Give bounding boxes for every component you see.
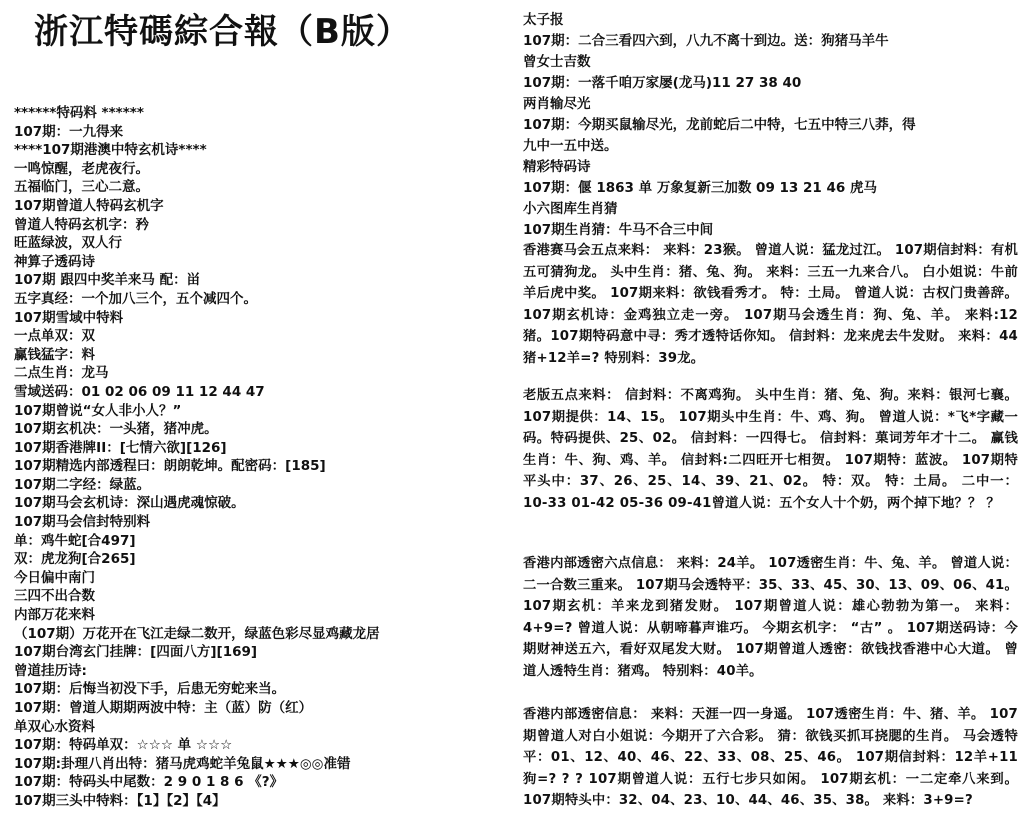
text-line: 107期玄机决：一头猪，猪冲虎。 bbox=[14, 420, 504, 439]
text-line: ****107期港澳中特玄机诗**** bbox=[14, 141, 504, 160]
text-line: 107期：特码单双：☆☆☆ 单 ☆☆☆ bbox=[14, 736, 504, 755]
paragraph-text: 老版五点来料： 信封料：不离鸡狗。 头中生肖：猪、兔、狗。来料：银河七襄。107… bbox=[523, 385, 1018, 514]
text-line: 赢钱猛字：料 bbox=[14, 346, 504, 365]
text-line: 107期二字经：绿蓝。 bbox=[14, 476, 504, 495]
text-line: 107期马会玄机诗：深山遇虎魂惊破。 bbox=[14, 494, 504, 513]
text-line: 五福临门，三心二意。 bbox=[14, 178, 504, 197]
text-line: 107期 跟四中奖羊来马 配：畄 bbox=[14, 271, 504, 290]
text-line: 旺蓝绿波，双人行 bbox=[14, 234, 504, 253]
section-heading: 太子报 bbox=[523, 10, 1018, 31]
text-line: 107期：曾道人期期两波中特：主（蓝）防（红） bbox=[14, 699, 504, 718]
text-line: 107期生肖猜：牛马不合三中间 bbox=[523, 220, 1018, 241]
text-line: 五字真经：一个加八三个，五个减四个。 bbox=[14, 290, 504, 309]
text-line: 一点单双：双 bbox=[14, 327, 504, 346]
text-line: 107期：后悔当初没下手，后患无穷蛇来当。 bbox=[14, 680, 504, 699]
left-column: ******特码料 ****** 107期：一九得来 ****107期港澳中特玄… bbox=[14, 104, 504, 811]
section-heading: 曾女士吉数 bbox=[523, 52, 1018, 73]
text-line: 一鸣惊醒，老虎夜行。 bbox=[14, 160, 504, 179]
text-line: 雪域送码：01 02 06 09 11 12 44 47 bbox=[14, 383, 504, 402]
text-line: 107期:卦理八肖出特：猪马虎鸡蛇羊兔鼠★★★◎◎准错 bbox=[14, 755, 504, 774]
text-line: ******特码料 ****** bbox=[14, 104, 504, 123]
text-line: 曾道人特码玄机字：矜 bbox=[14, 216, 504, 235]
text-line: 九中一五中送。 bbox=[523, 136, 1018, 157]
text-line: 今日偏中南门 bbox=[14, 569, 504, 588]
section-heading: 小六图库生肖猜 bbox=[523, 199, 1018, 220]
paragraph-old-edition: 老版五点来料： 信封料：不离鸡狗。 头中生肖：猪、兔、狗。来料：银河七襄。107… bbox=[523, 385, 1018, 514]
paragraph-hk-jockey-club: 香港赛马会五点来料： 来料：23猴。 曾道人说：猛龙过江。 107期信封料：有机… bbox=[523, 240, 1018, 369]
text-line: 107期曾道人特码玄机字 bbox=[14, 197, 504, 216]
paragraph-text: 香港内部透密六点信息： 来料：24羊。 107透密生肖：牛、兔、羊。 曾道人说：… bbox=[523, 553, 1018, 682]
text-line: 107期精选内部透程曰：朗朗乾坤。配密码：[185] bbox=[14, 457, 504, 476]
section-heading: 两肖输尽光 bbox=[523, 94, 1018, 115]
text-line: 双：虎龙狗[合265] bbox=[14, 550, 504, 569]
text-line: 107期三头中特料：【1】【2】【4】 bbox=[14, 792, 504, 811]
text-line: 107期：一九得来 bbox=[14, 123, 504, 142]
text-line: 107期曾说“女人非小人？” bbox=[14, 402, 504, 421]
text-line: 单：鸡牛蛇[合497] bbox=[14, 532, 504, 551]
text-line: 单双心水资料 bbox=[14, 718, 504, 737]
text-line: 107期香港牌II：[七情六欲][126] bbox=[14, 439, 504, 458]
paragraph-text: 香港内部透密信息： 来料：天涯一四一身遥。 107透密生肖：牛、猪、羊。 107… bbox=[523, 704, 1018, 812]
text-line: （107期）万花开在飞江走绿二数开，绿蓝色彩尽显鸡藏龙居 bbox=[14, 625, 504, 644]
text-line: 107期：二合三看四六到，八九不离十到边。送：狗猪马羊牛 bbox=[523, 31, 1018, 52]
paragraph-hk-inside-info: 香港内部透密信息： 来料：天涯一四一身遥。 107透密生肖：牛、猪、羊。 107… bbox=[523, 704, 1018, 812]
text-line: 内部万花来料 bbox=[14, 606, 504, 625]
section-heading: 精彩特码诗 bbox=[523, 157, 1018, 178]
text-line: 107期雪域中特料 bbox=[14, 309, 504, 328]
text-line: 107期马会信封特别料 bbox=[14, 513, 504, 532]
text-line: 107期：今期买鼠输尽光，龙前蛇后二中特，七五中特三八莽，得 bbox=[523, 115, 1018, 136]
text-line: 神算子透码诗 bbox=[14, 253, 504, 272]
text-line: 107期台湾玄门挂牌：[四面八方][169] bbox=[14, 643, 504, 662]
paragraph-text: 香港赛马会五点来料： 来料：23猴。 曾道人说：猛龙过江。 107期信封料：有机… bbox=[523, 240, 1018, 369]
paragraph-hk-inside-six: 香港内部透密六点信息： 来料：24羊。 107透密生肖：牛、兔、羊。 曾道人说：… bbox=[523, 553, 1018, 682]
text-line: 三四不出合数 bbox=[14, 587, 504, 606]
text-line: 107期：偃 1863 单 万象复新三加数 09 13 21 46 虎马 bbox=[523, 178, 1018, 199]
text-line: 107期：特码头中尾数：2 9 0 1 8 6 《?》 bbox=[14, 773, 504, 792]
text-line: 107期：一落千咱万家屡(龙马)11 27 38 40 bbox=[523, 73, 1018, 94]
text-line: 二点生肖：龙马 bbox=[14, 364, 504, 383]
right-column-top: 太子报 107期：二合三看四六到，八九不离十到边。送：狗猪马羊牛 曾女士吉数 1… bbox=[523, 10, 1018, 241]
page-title: 浙江特碼綜合報（B版） bbox=[34, 4, 411, 53]
text-line: 曾道挂历诗: bbox=[14, 662, 504, 681]
